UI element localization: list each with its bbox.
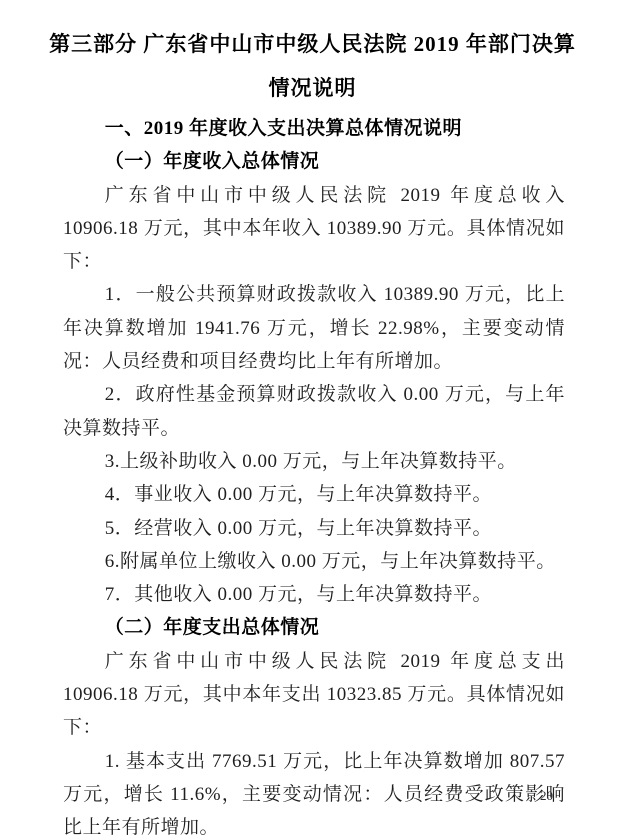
document-page: 第三部分 广东省中山市中级人民法院 2019 年部门决算 情况说明 一、2019… (0, 0, 625, 838)
income-item-2: 2．政府性基金预算财政拨款收入 0.00 万元，与上年决算数持平。 (63, 378, 565, 445)
title-line-2: 情况说明 (0, 66, 625, 110)
income-item-3: 3.上级补助收入 0.00 万元，与上年决算数持平。 (63, 445, 565, 478)
income-item-4: 4．事业收入 0.00 万元，与上年决算数持平。 (63, 478, 565, 511)
expense-intro-paragraph: 广东省中山市中级人民法院 2019 年度总支出 10906.18 万元，其中本年… (63, 645, 565, 745)
subsection-heading-income: （一）年度收入总体情况 (63, 145, 565, 178)
income-item-6: 6.附属单位上缴收入 0.00 万元，与上年决算数持平。 (63, 545, 565, 578)
title-line-1: 第三部分 广东省中山市中级人民法院 2019 年部门决算 (0, 22, 625, 66)
subsection-heading-expense: （二）年度支出总体情况 (63, 611, 565, 644)
income-item-7: 7．其他收入 0.00 万元，与上年决算数持平。 (63, 578, 565, 611)
income-item-5: 5．经营收入 0.00 万元，与上年决算数持平。 (63, 512, 565, 545)
income-intro-paragraph: 广东省中山市中级人民法院 2019 年度总收入 10906.18 万元，其中本年… (63, 179, 565, 279)
expense-item-1: 1. 基本支出 7769.51 万元，比上年决算数增加 807.57 万元，增长… (63, 745, 565, 838)
document-title: 第三部分 广东省中山市中级人民法院 2019 年部门决算 情况说明 (0, 0, 625, 110)
income-item-1: 1．一般公共预算财政拨款收入 10389.90 万元，比上年决算数增加 1941… (63, 278, 565, 378)
document-body: 一、2019 年度收入支出决算总体情况说明 （一）年度收入总体情况 广东省中山市… (63, 112, 565, 838)
section-heading-overview: 一、2019 年度收入支出决算总体情况说明 (63, 112, 565, 145)
page-number: 20 (540, 788, 553, 804)
